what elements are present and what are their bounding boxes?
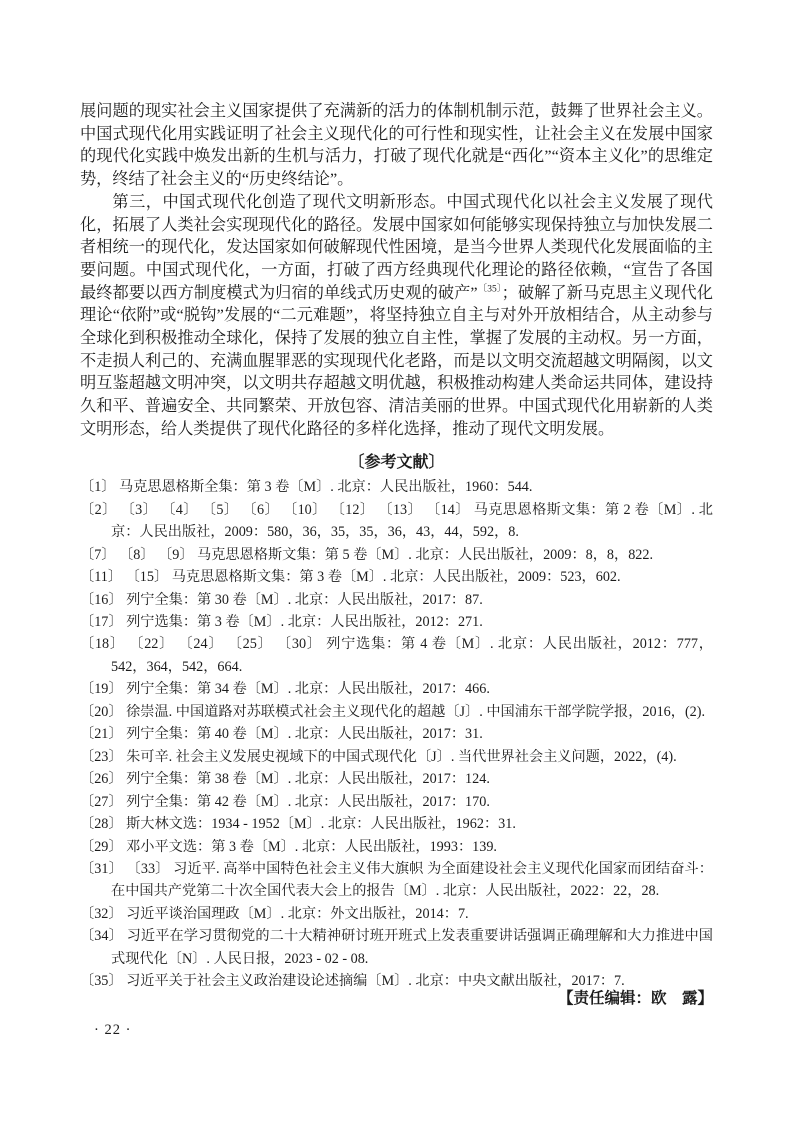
- paragraph-continuation: 展问题的现实社会主义国家提供了充满新的活力的体制机制示范，鼓舞了世界社会主义。中…: [80, 100, 713, 191]
- paragraph-third-point: 第三，中国式现代化创造了现代文明新形态。中国式现代化以社会主义发展了现代化，拓展…: [80, 191, 713, 441]
- reference-item: 〔26〕 列宁全集：第 38 卷〔M〕. 北京：人民出版社，2017：124.: [80, 768, 713, 790]
- reference-item: 〔31〕 〔33〕 习近平. 高举中国特色社会主义伟大旗帜 为全面建设社会主义现…: [80, 858, 713, 903]
- reference-item: 〔29〕 邓小平文选：第 3 卷〔M〕. 北京：人民出版社，1993：139.: [80, 836, 713, 858]
- page-number: · 22 ·: [94, 1020, 131, 1040]
- paragraph-text-after-citation: ；破解了新马克思主义现代化理论“依附”或“脱钩”发展的“二元难题”，将坚持独立自…: [80, 284, 713, 438]
- reference-item: 〔1〕 马克思恩格斯全集：第 3 卷〔M〕. 北京：人民出版社，1960：544…: [80, 476, 713, 498]
- reference-item: 〔34〕 习近平在学习贯彻党的二十大精神研讨班开班式上发表重要讲话强调正确理解和…: [80, 925, 713, 970]
- reference-item: 〔19〕 列宁全集：第 34 卷〔M〕. 北京：人民出版社，2017：466.: [80, 678, 713, 700]
- reference-item: 〔7〕 〔8〕 〔9〕 马克思恩格斯文集：第 5 卷〔M〕. 北京：人民出版社，…: [80, 544, 713, 566]
- references-heading: 〔参考文献〕: [80, 452, 713, 475]
- reference-item: 〔23〕 朱可辛. 社会主义发展史视域下的中国式现代化〔J〕. 当代世界社会主义…: [80, 746, 713, 768]
- reference-item: 〔17〕 列宁选集：第 3 卷〔M〕. 北京：人民出版社，2012：271.: [80, 611, 713, 633]
- reference-item: 〔11〕 〔15〕 马克思恩格斯文集：第 3 卷〔M〕. 北京：人民出版社，20…: [80, 566, 713, 588]
- responsible-editor-note: 【责任编辑：欧 露】: [558, 988, 713, 1010]
- reference-item: 〔20〕 徐崇温. 中国道路对苏联模式社会主义现代化的超越〔J〕. 中国浦东干部…: [80, 701, 713, 723]
- page-content: 展问题的现实社会主义国家提供了充满新的活力的体制机制示范，鼓舞了世界社会主义。中…: [80, 0, 713, 993]
- reference-item: 〔28〕 斯大林文选：1934 - 1952〔M〕. 北京：人民出版社，1962…: [80, 813, 713, 835]
- reference-item: 〔16〕 列宁全集：第 30 卷〔M〕. 北京：人民出版社，2017：87.: [80, 589, 713, 611]
- citation-superscript: 〔35〕: [478, 284, 502, 294]
- reference-item: 〔2〕 〔3〕 〔4〕 〔5〕 〔6〕 〔10〕 〔12〕 〔13〕 〔14〕 …: [80, 499, 713, 544]
- reference-item: 〔27〕 列宁全集：第 42 卷〔M〕. 北京：人民出版社，2017：170.: [80, 791, 713, 813]
- reference-item: 〔32〕 习近平谈治国理政〔M〕. 北京：外文出版社，2014：7.: [80, 903, 713, 925]
- reference-item: 〔18〕 〔22〕 〔24〕 〔25〕 〔30〕 列宁选集：第 4 卷〔M〕. …: [80, 633, 713, 678]
- body-text: 展问题的现实社会主义国家提供了充满新的活力的体制机制示范，鼓舞了世界社会主义。中…: [80, 100, 713, 441]
- journal-page: 展问题的现实社会主义国家提供了充满新的活力的体制机制示范，鼓舞了世界社会主义。中…: [0, 0, 793, 1122]
- reference-item: 〔21〕 列宁全集：第 40 卷〔M〕. 北京：人民出版社，2017：31.: [80, 723, 713, 745]
- reference-list: 〔1〕 马克思恩格斯全集：第 3 卷〔M〕. 北京：人民出版社，1960：544…: [80, 476, 713, 992]
